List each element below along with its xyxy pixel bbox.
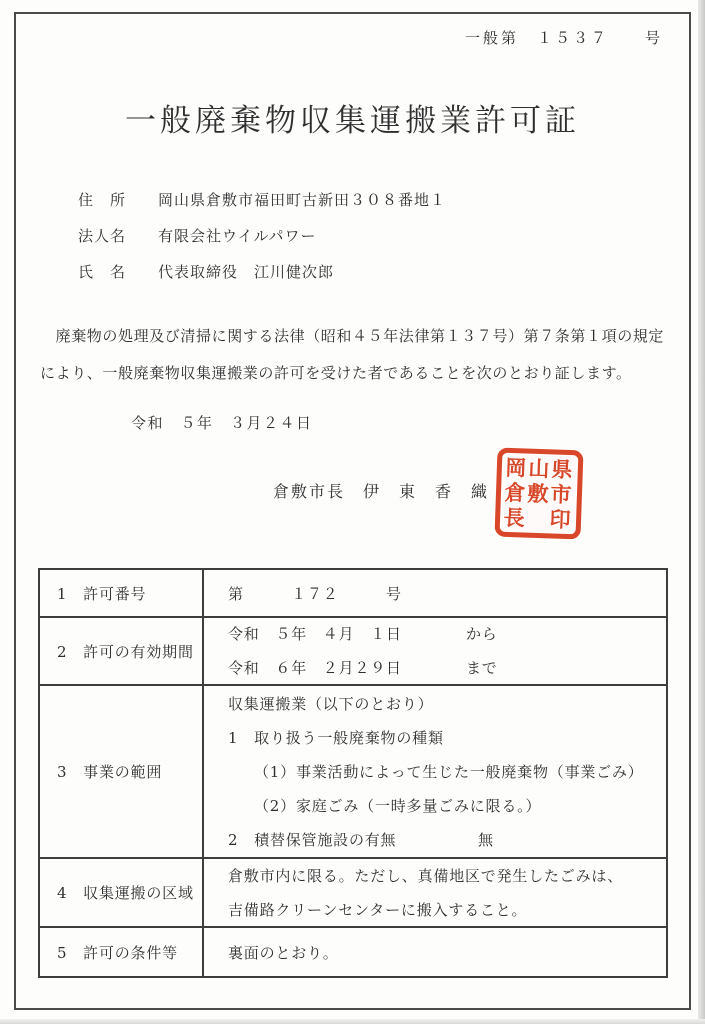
validity-to-date: 令和 ６年 ２月２９日 [228,651,466,685]
permit-conditions-row: 5 許可の条件等 裏面のとおり。 [40,926,666,976]
address-value: 岡山県倉敷市福田町古新田３０８番地１ [158,189,446,225]
address-field: 住 所 岡山県倉敷市福田町古新田３０８番地１ [78,189,446,225]
permit-number-value: 第 １７２ 号 [204,570,666,616]
scope-line-2: 1 取り扱う一般廃棄物の種類 [228,721,666,755]
corporation-field: 法人名 有限会社ウイルパワー [78,225,446,261]
body-line-2: により、一般廃棄物収集運搬業の許可を受けた者であることを次のとおり証します。 [40,355,672,392]
business-scope-value: 収集運搬業（以下のとおり） 1 取り扱う一般廃棄物の種類 （1）事業活動によって… [204,686,666,857]
seal-row-1: 岡山県 [501,455,578,483]
collection-area-value: 倉敷市内に限る。ただし、真備地区で発生したごみは、 吉備路クリーンセンターに搬入… [204,859,666,926]
mayor-seal-stamp: 岡山県 倉敷市 長 印 [494,448,583,540]
corporation-label: 法人名 [78,225,158,261]
scan-edge-right [698,0,705,1024]
permit-number-row: 1 許可番号 第 １７２ 号 [40,570,666,616]
validity-period-row: 2 許可の有効期間 令和 ５年 ４月 １日 から 令和 ６年 ２月２９日 まで [40,616,666,684]
address-label: 住 所 [78,189,158,225]
permit-conditions-label: 5 許可の条件等 [40,928,204,976]
scope-line-4: （2）家庭ごみ（一時多量ごみに限る。） [228,789,666,823]
doc-title: 一般廃棄物収集運搬業許可証 [0,95,705,140]
issue-date: 令和 ５年 ３月２４日 [131,412,313,433]
holder-fields: 住 所 岡山県倉敷市福田町古新田３０８番地１ 法人名 有限会社ウイルパワー 氏 … [78,189,446,297]
scope-line-5-text: 2 積替保管施設の有無 [228,823,478,857]
doc-number: 一般第 １５３７ 号 [465,27,663,48]
body-line-1: 廃棄物の処理及び清掃に関する法律（昭和４５年法律第１３７号）第７条第１項の規定 [40,318,672,355]
scope-line-3: （1）事業活動によって生じた一般廃棄物（事業ごみ） [228,755,666,789]
scope-line-5-value: 無 [478,823,494,857]
permit-table: 1 許可番号 第 １７２ 号 2 許可の有効期間 令和 ５年 ４月 １日 から … [38,568,668,978]
validity-to-line: 令和 ６年 ２月２９日 まで [228,651,666,685]
corporation-value: 有限会社ウイルパワー [158,225,317,261]
seal-row-3: 長 印 [500,505,577,533]
permit-number-label: 1 許可番号 [40,570,204,616]
collection-area-row: 4 収集運搬の区域 倉敷市内に限る。ただし、真備地区で発生したごみは、 吉備路ク… [40,857,666,926]
validity-period-label: 2 許可の有効期間 [40,618,204,684]
scanned-permit-document: 一般第 １５３７ 号 一般廃棄物収集運搬業許可証 住 所 岡山県倉敷市福田町古新… [0,0,705,1024]
scan-edge-bottom [0,1019,705,1024]
representative-value: 代表取締役 江川健次郎 [158,261,334,297]
representative-field: 氏 名 代表取締役 江川健次郎 [78,261,446,297]
representative-label: 氏 名 [78,261,158,297]
validity-to-suffix: まで [466,651,498,685]
issuer-mayor-name: 倉敷市長 伊 東 香 織 [273,479,489,502]
collection-area-label: 4 収集運搬の区域 [40,859,204,926]
scope-line-5: 2 積替保管施設の有無 無 [228,823,666,857]
validity-period-value: 令和 ５年 ４月 １日 から 令和 ６年 ２月２９日 まで [204,618,666,684]
validity-from-line: 令和 ５年 ４月 １日 から [228,617,666,651]
scope-line-1: 収集運搬業（以下のとおり） [228,687,666,721]
business-scope-label: 3 事業の範囲 [40,686,204,857]
collection-area-line-2: 吉備路クリーンセンターに搬入すること。 [228,893,666,927]
permit-conditions-value: 裏面のとおり。 [204,928,666,976]
validity-from-date: 令和 ５年 ４月 １日 [228,617,466,651]
collection-area-line-1: 倉敷市内に限る。ただし、真備地区で発生したごみは、 [228,859,666,893]
business-scope-row: 3 事業の範囲 収集運搬業（以下のとおり） 1 取り扱う一般廃棄物の種類 （1）… [40,684,666,857]
seal-row-2: 倉敷市 [501,480,578,508]
validity-from-suffix: から [466,617,498,651]
body-paragraph: 廃棄物の処理及び清掃に関する法律（昭和４５年法律第１３７号）第７条第１項の規定 … [40,318,672,392]
